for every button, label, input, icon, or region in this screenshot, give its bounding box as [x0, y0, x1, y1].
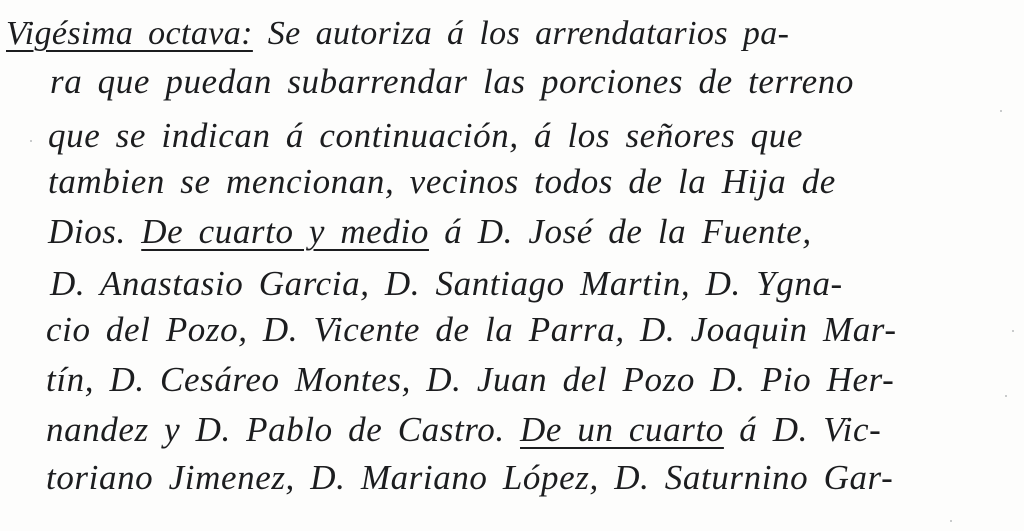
line-text: nandez y D. Pablo de Castro. [46, 410, 520, 449]
line-text: Se autoriza á los arrendatarios pa- [253, 15, 790, 52]
manuscript-line-6: D. Anastasio Garcia, D. Santiago Martin,… [50, 264, 843, 304]
underlined-phrase-un-cuarto: De un cuarto [520, 410, 724, 449]
manuscript-line-8: tín, D. Cesáreo Montes, D. Juan del Pozo… [46, 360, 894, 400]
paper-speck [30, 140, 32, 142]
manuscript-text-block: Vigésima octava: Se autoriza á los arren… [0, 0, 1024, 531]
manuscript-line-4: tambien se mencionan, vecinos todos de l… [48, 162, 836, 202]
paper-speck [1012, 330, 1014, 332]
manuscript-line-7: cio del Pozo, D. Vicente de la Parra, D.… [46, 310, 897, 350]
manuscript-page: Vigésima octava: Se autoriza á los arren… [0, 0, 1024, 531]
paper-speck [1000, 110, 1002, 112]
manuscript-line-5: Dios. De cuarto y medio á D. José de la … [48, 212, 812, 252]
manuscript-line-1: Vigésima octava: Se autoriza á los arren… [6, 14, 789, 54]
line-text: tambien se mencionan, vecinos todos de l… [48, 162, 836, 201]
manuscript-line-9: nandez y D. Pablo de Castro. De un cuart… [46, 410, 881, 450]
line-text: toriano Jimenez, D. Mariano López, D. Sa… [46, 458, 893, 497]
manuscript-line-2: ra que puedan subarrendar las porciones … [50, 62, 854, 102]
line-text: cio del Pozo, D. Vicente de la Parra, D.… [46, 310, 897, 349]
line-text: á D. José de la Fuente, [429, 212, 812, 251]
line-text: que se indican á continuación, á los señ… [48, 116, 803, 155]
line-text: Dios. [48, 212, 141, 251]
paper-speck [1005, 395, 1007, 397]
paper-speck [950, 520, 952, 522]
underlined-phrase-cuarto-y-medio: De cuarto y medio [141, 212, 429, 251]
manuscript-line-3: que se indican á continuación, á los señ… [48, 116, 803, 156]
line-text: D. Anastasio Garcia, D. Santiago Martin,… [50, 264, 843, 303]
clause-heading: Vigésima octava: [6, 15, 253, 52]
line-text: ra que puedan subarrendar las porciones … [50, 62, 854, 101]
manuscript-line-10: toriano Jimenez, D. Mariano López, D. Sa… [46, 458, 893, 498]
line-text: tín, D. Cesáreo Montes, D. Juan del Pozo… [46, 360, 894, 399]
line-text: á D. Vic- [724, 410, 881, 449]
